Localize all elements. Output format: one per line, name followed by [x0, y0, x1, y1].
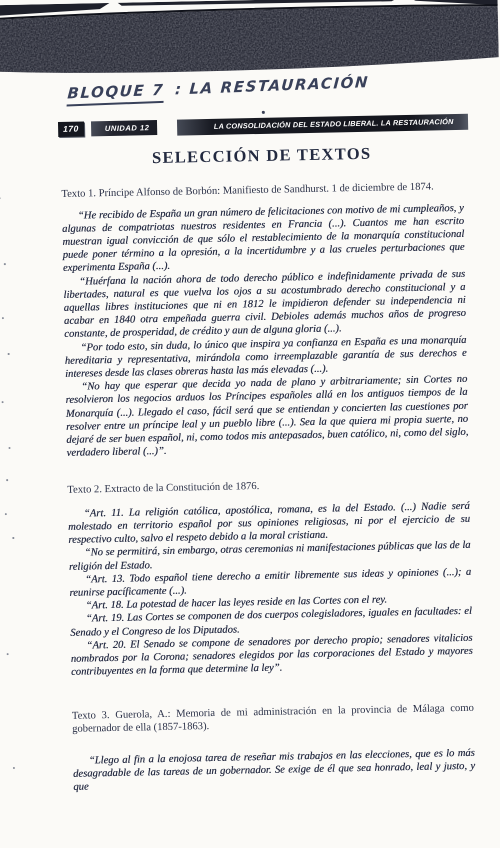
scan-speck	[7, 653, 9, 655]
section-heading: Texto 2. Extracto de la Constitución de …	[67, 476, 469, 498]
page-title: SELECCIÓN DE TEXTOS	[61, 142, 463, 170]
scan-artifact-band	[0, 0, 499, 85]
quote-paragraph: “Llego al fin a la enojosa tarea de rese…	[73, 746, 476, 794]
section-heading: Texto 3. Guerola, A.: Memoria de mi admi…	[72, 701, 474, 736]
quote-paragraph: “No hay que esperar que decida yo nada d…	[65, 373, 469, 460]
quote-paragraph: “He recibido de España un gran número de…	[62, 201, 465, 275]
scan-speck	[8, 447, 10, 449]
scan-speck	[2, 401, 4, 403]
chapter-title-bar: LA CONSOLIDACIÓN DEL ESTADO LIBERAL. LA …	[177, 113, 468, 135]
section-texto-1: Texto 1. Príncipe Alfonso de Borbón: Man…	[61, 180, 468, 460]
scanned-page: BLOQUE 7 : LA RESTAURACIÓN 170 UNIDAD 12…	[0, 0, 500, 848]
scan-speck	[8, 353, 10, 355]
scan-speck	[4, 263, 6, 265]
scan-speck	[0, 197, 1, 199]
quote-block: “Art. 11. La religión católica, apostóli…	[68, 500, 473, 680]
scan-speck	[262, 111, 265, 114]
quote-block: “Llego al fin a la enojosa tarea de rese…	[73, 746, 476, 794]
scan-speck	[13, 767, 15, 769]
scan-speck	[5, 513, 7, 515]
unit-label: UNIDAD 12	[91, 120, 158, 136]
quote-paragraph: “Huérfana la nación ahora de todo derech…	[63, 267, 466, 341]
page-number: 170	[58, 121, 84, 137]
handwritten-note-underlined: BLOQUE 7	[67, 81, 165, 107]
document-body: SELECCIÓN DE TEXTOS Texto 1. Príncipe Al…	[61, 142, 476, 794]
section-texto-2: Texto 2. Extracto de la Constitución de …	[67, 476, 473, 679]
quote-block: “He recibido de España un gran número de…	[62, 201, 469, 460]
scan-speck	[12, 537, 14, 539]
quote-paragraph: “Art. 20. El Senado se compone de senado…	[70, 632, 473, 680]
page-header: 170 UNIDAD 12 LA CONSOLIDACIÓN DEL ESTAD…	[58, 114, 468, 137]
section-texto-3: Texto 3. Guerola, A.: Memoria de mi admi…	[72, 701, 476, 794]
section-heading: Texto 1. Príncipe Alfonso de Borbón: Man…	[61, 180, 463, 202]
scan-speck	[2, 317, 4, 319]
scan-speck	[6, 479, 8, 481]
